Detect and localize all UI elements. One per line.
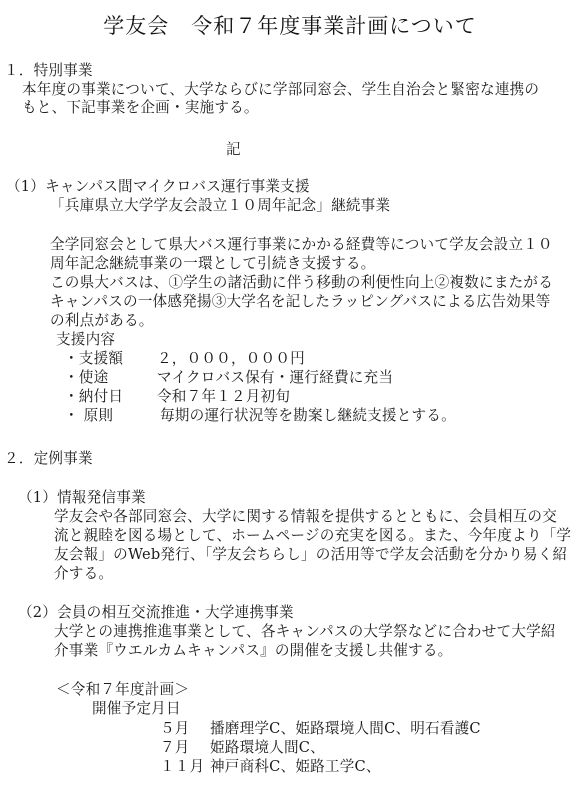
support-item-amount: ・支援額 (64, 350, 123, 368)
page-title: 学友会令和７年度事業計画について (0, 12, 580, 40)
schedule-campuses: 神戸商科C、姫路工学C、 (210, 758, 381, 776)
plan-heading: ＜令和７年度計画＞ (56, 681, 189, 699)
support-label: ・支援額 (64, 350, 123, 368)
section2-item2-line2: 介事業『ウエルカムキャンパス』の開催を支援し共催する。 (54, 642, 452, 660)
schedule-campuses: 播磨理学C、姫路環境人間C、明石看護C (210, 720, 481, 738)
section1-heading: １．特別事業 (4, 62, 93, 80)
support-value-date: 令和７年１２月初旬 (157, 388, 290, 406)
section2-item1-line3: 友会報」のWeb発行、「学友会ちらし」の活用等で学友会活動を分かり易く紹 (54, 546, 567, 564)
support-item-use: ・使途 (64, 369, 108, 387)
section2-item1-line1: 学友会や各部同窓会、大学に関する情報を提供するとともに、会員相互の交 (54, 508, 557, 526)
section1-item1-subheading: 「兵庫県立大学学友会設立１０周年記念」継続事業 (50, 197, 390, 215)
section2-item2-heading: （2）会員の相互交流推進・大学連携事業 (18, 604, 294, 622)
section2-item1-line2: 流と親睦を図る場として、ホームページの充実を図る。また、今年度より「学 (54, 527, 571, 545)
support-value-use: マイクロバス保有・運行経費に充当 (157, 369, 393, 387)
support-label: ・使途 (64, 369, 108, 387)
schedule-month: １１月 (160, 758, 204, 776)
section1-intro-line1: 本年度の事業について、大学ならびに学部同窓会、学生自治会と緊密な連携の (22, 81, 539, 99)
schedule-month: ７月 (160, 739, 190, 757)
support-item-date: ・納付日 (64, 388, 123, 406)
support-label: ・ 原則 (64, 407, 113, 425)
item1-paragraph-line5: の利点がある。 (50, 312, 154, 330)
section2-item2-line1: 大学との連携推進事業として、各キャンパスの大学祭などに合わせて大学紹 (54, 623, 556, 641)
title-org: 学友会 (103, 14, 169, 38)
support-value-principle: 毎期の運行状況等を勘案し継続支援とする。 (160, 407, 456, 425)
title-subject: 令和７年度事業計画について (191, 14, 477, 38)
support-item-principle: ・ 原則 (64, 407, 113, 425)
support-label: ・納付日 (64, 388, 123, 406)
item1-paragraph-line3: この県大バスは、①学生の諸活動に伴う移動の利便性向上②複数にまたがる (50, 274, 553, 292)
section1-intro-line2: もと、下記事業を企画・実施する。 (22, 99, 259, 117)
section2-item1-line4: 介する。 (54, 565, 113, 583)
support-heading: 支援内容 (56, 331, 115, 349)
schedule-campuses: 姫路環境人間C、 (210, 739, 325, 757)
item1-paragraph-line2: 周年記念継続事業の一環として引続き支援する。 (50, 255, 375, 273)
section2-heading: ２．定例事業 (4, 450, 93, 468)
section2-item1-heading: （1）情報発信事業 (18, 489, 146, 507)
section1-item1-heading: （1）キャンパス間マイクロバス運行事業支援 (6, 178, 310, 196)
ki-marker: 記 (226, 141, 241, 159)
item1-paragraph-line4: キャンパスの一体感発揚③大学名を記したラッピングバスによる広告効果等 (50, 293, 551, 311)
item1-paragraph-line1: 全学同窓会として県大バス運行事業にかかる経費等について学友会設立１０ (50, 236, 553, 254)
schedule-month: ５月 (160, 720, 190, 738)
support-value-amount: ２，０００，０００円 (157, 350, 305, 368)
schedule-heading: 開催予定月日 (92, 700, 181, 718)
